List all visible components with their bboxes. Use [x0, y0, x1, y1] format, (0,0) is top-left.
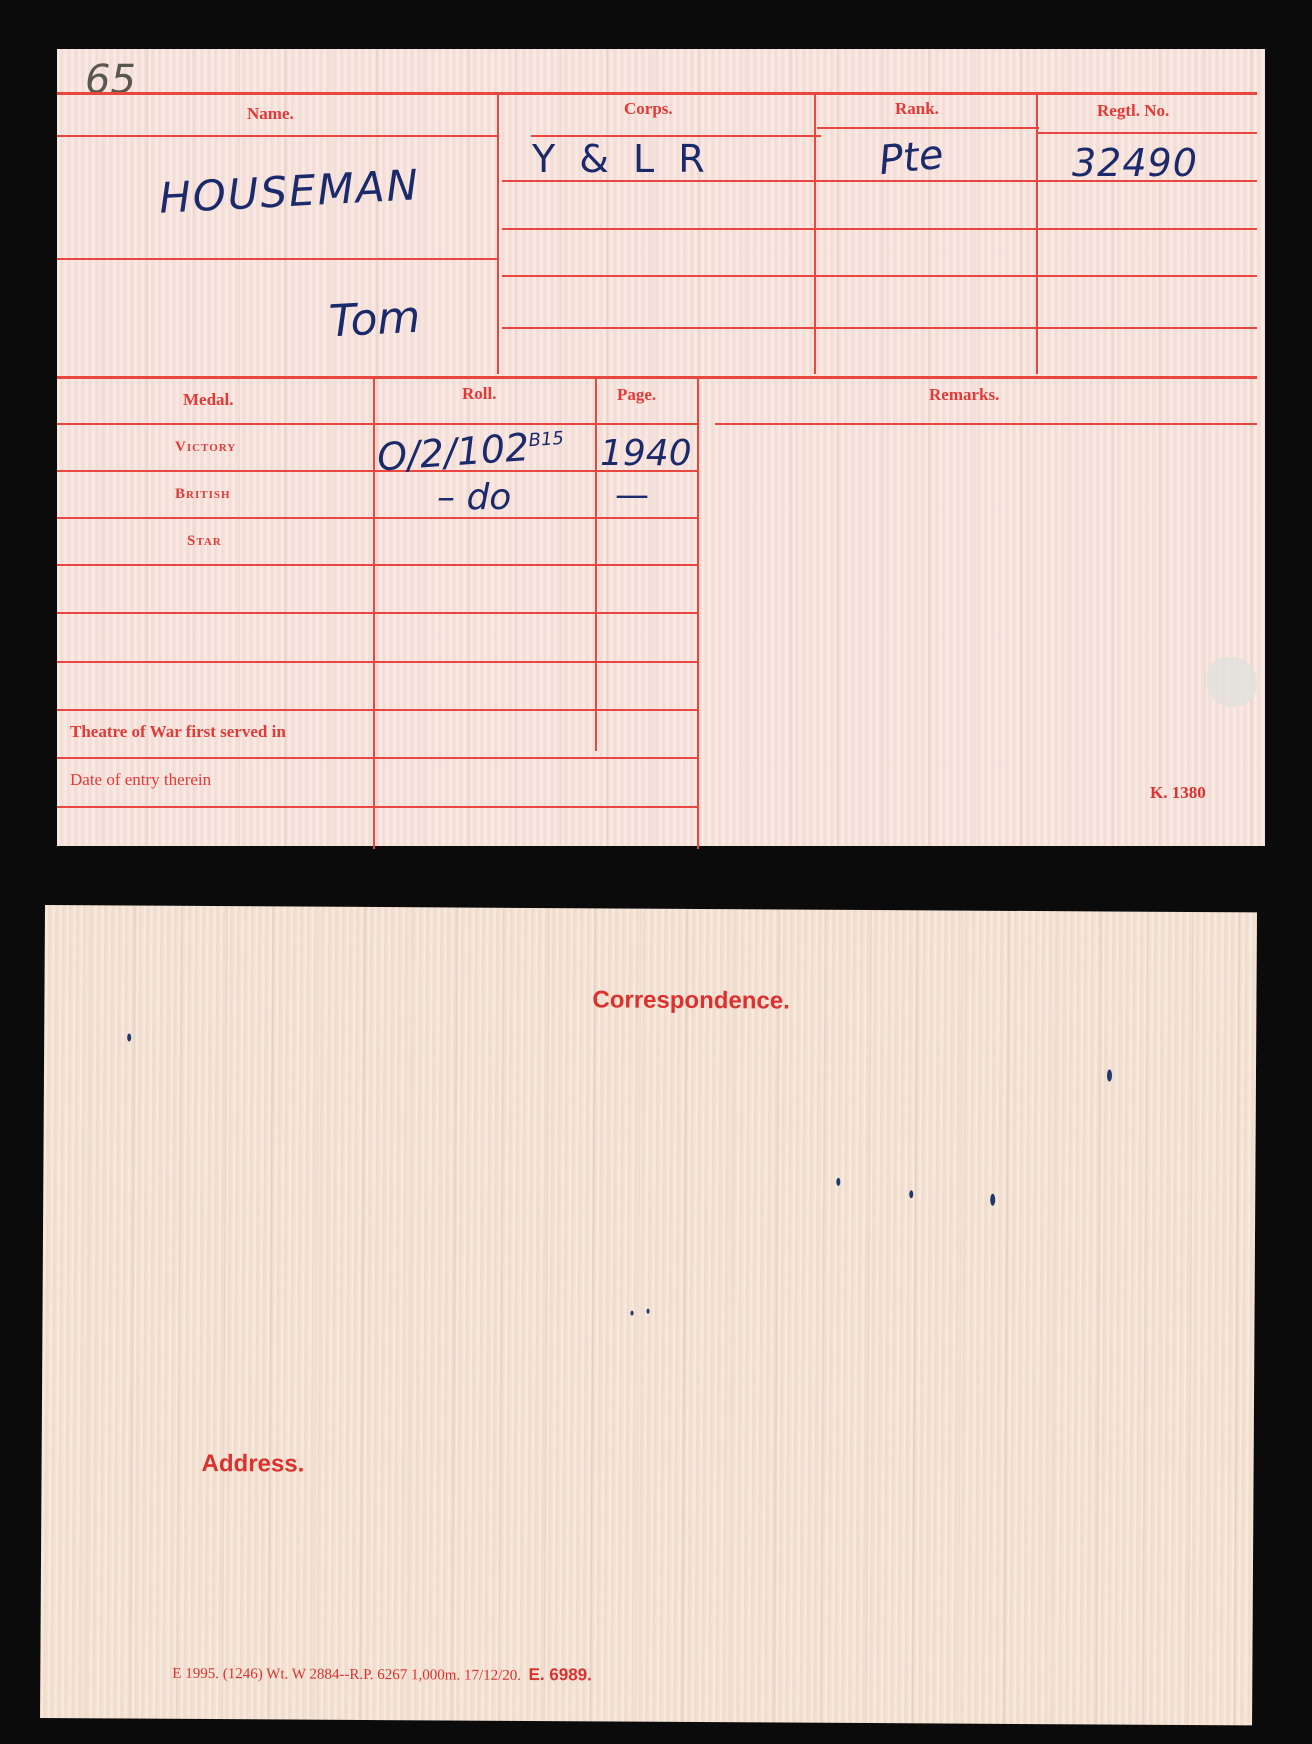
rule-medal-row-2: [57, 517, 697, 519]
label-corps: Corps.: [624, 99, 673, 119]
medal-index-card-back: Correspondence. Address. E 1995. (1246) …: [40, 905, 1257, 1725]
label-name: Name.: [247, 104, 294, 124]
label-regtl-no: Regtl. No.: [1097, 101, 1169, 121]
rule-medal-row-3: [57, 564, 697, 566]
pencil-annotation: 65: [85, 57, 136, 103]
correspondence-heading: Correspondence.: [592, 986, 790, 1015]
rule-medal-row-7: [57, 757, 697, 759]
rule-medal-header: [57, 423, 697, 425]
col-divider-rank-regtl: [1036, 92, 1038, 374]
label-roll: Roll.: [462, 384, 496, 404]
rule-rank-under-header: [817, 127, 1039, 129]
rule-section-divider: [57, 376, 1257, 379]
label-rank: Rank.: [895, 99, 939, 119]
label-remarks: Remarks.: [929, 385, 999, 405]
rule-medal-row-5: [57, 661, 697, 663]
print-line-code: E. 6989.: [529, 1665, 592, 1684]
rule-entry-2: [502, 228, 1257, 230]
page-victory-entry: 1940: [600, 433, 692, 474]
rank-entry: Pte: [877, 132, 946, 184]
label-medal: Medal.: [183, 390, 234, 410]
col-divider-page-remarks: [697, 379, 699, 849]
col-divider-name-corps: [497, 92, 499, 374]
address-heading: Address.: [202, 1450, 305, 1479]
rule-top: [57, 92, 1257, 95]
medal-star: Star: [187, 533, 222, 550]
rule-medal-row-4: [57, 612, 697, 614]
surname-entry: HOUSEMAN: [158, 160, 421, 223]
rule-entry-4: [502, 327, 1257, 329]
ink-speck: [909, 1190, 913, 1198]
rule-medal-row-8: [57, 806, 697, 808]
corps-entry: Y & L R: [532, 137, 711, 181]
ink-speck: [990, 1194, 995, 1206]
label-theatre-of-war: Theatre of War first served in: [70, 722, 286, 742]
paper-stain: [1207, 657, 1257, 707]
ink-speck: [1107, 1069, 1112, 1081]
rule-medal-row-6: [57, 709, 697, 711]
forename-entry: Tom: [328, 292, 422, 348]
ink-speck: [631, 1311, 634, 1316]
rule-name-under-header: [57, 135, 497, 137]
rule-regtl-under-header: [1037, 132, 1257, 134]
col-divider-medal-roll: [373, 379, 375, 849]
roll-british-entry: – do: [437, 477, 511, 518]
label-page: Page.: [617, 385, 656, 405]
col-divider-corps-rank: [814, 92, 816, 374]
roll-victory-superscript: B15: [528, 428, 565, 451]
form-code: K. 1380: [1150, 783, 1206, 803]
ink-speck: [836, 1178, 840, 1186]
print-line-text: E 1995. (1246) Wt. W 2884--R.P. 6267 1,0…: [172, 1666, 521, 1684]
rule-name-mid: [57, 258, 497, 260]
page-british-entry: —: [615, 475, 649, 515]
medal-british: British: [175, 486, 231, 503]
ink-speck: [647, 1309, 650, 1314]
medal-victory: Victory: [175, 439, 236, 456]
rule-entry-3: [502, 275, 1257, 277]
ink-speck: [127, 1034, 131, 1042]
medal-index-card-front: 65 Name. Corps. Rank. Regtl. No. HOUSEMA…: [57, 49, 1265, 846]
label-date-of-entry: Date of entry therein: [70, 770, 211, 790]
rule-remarks-header: [715, 423, 1257, 425]
print-line: E 1995. (1246) Wt. W 2884--R.P. 6267 1,0…: [172, 1663, 592, 1686]
regtl-no-entry: 32490: [1072, 141, 1198, 185]
